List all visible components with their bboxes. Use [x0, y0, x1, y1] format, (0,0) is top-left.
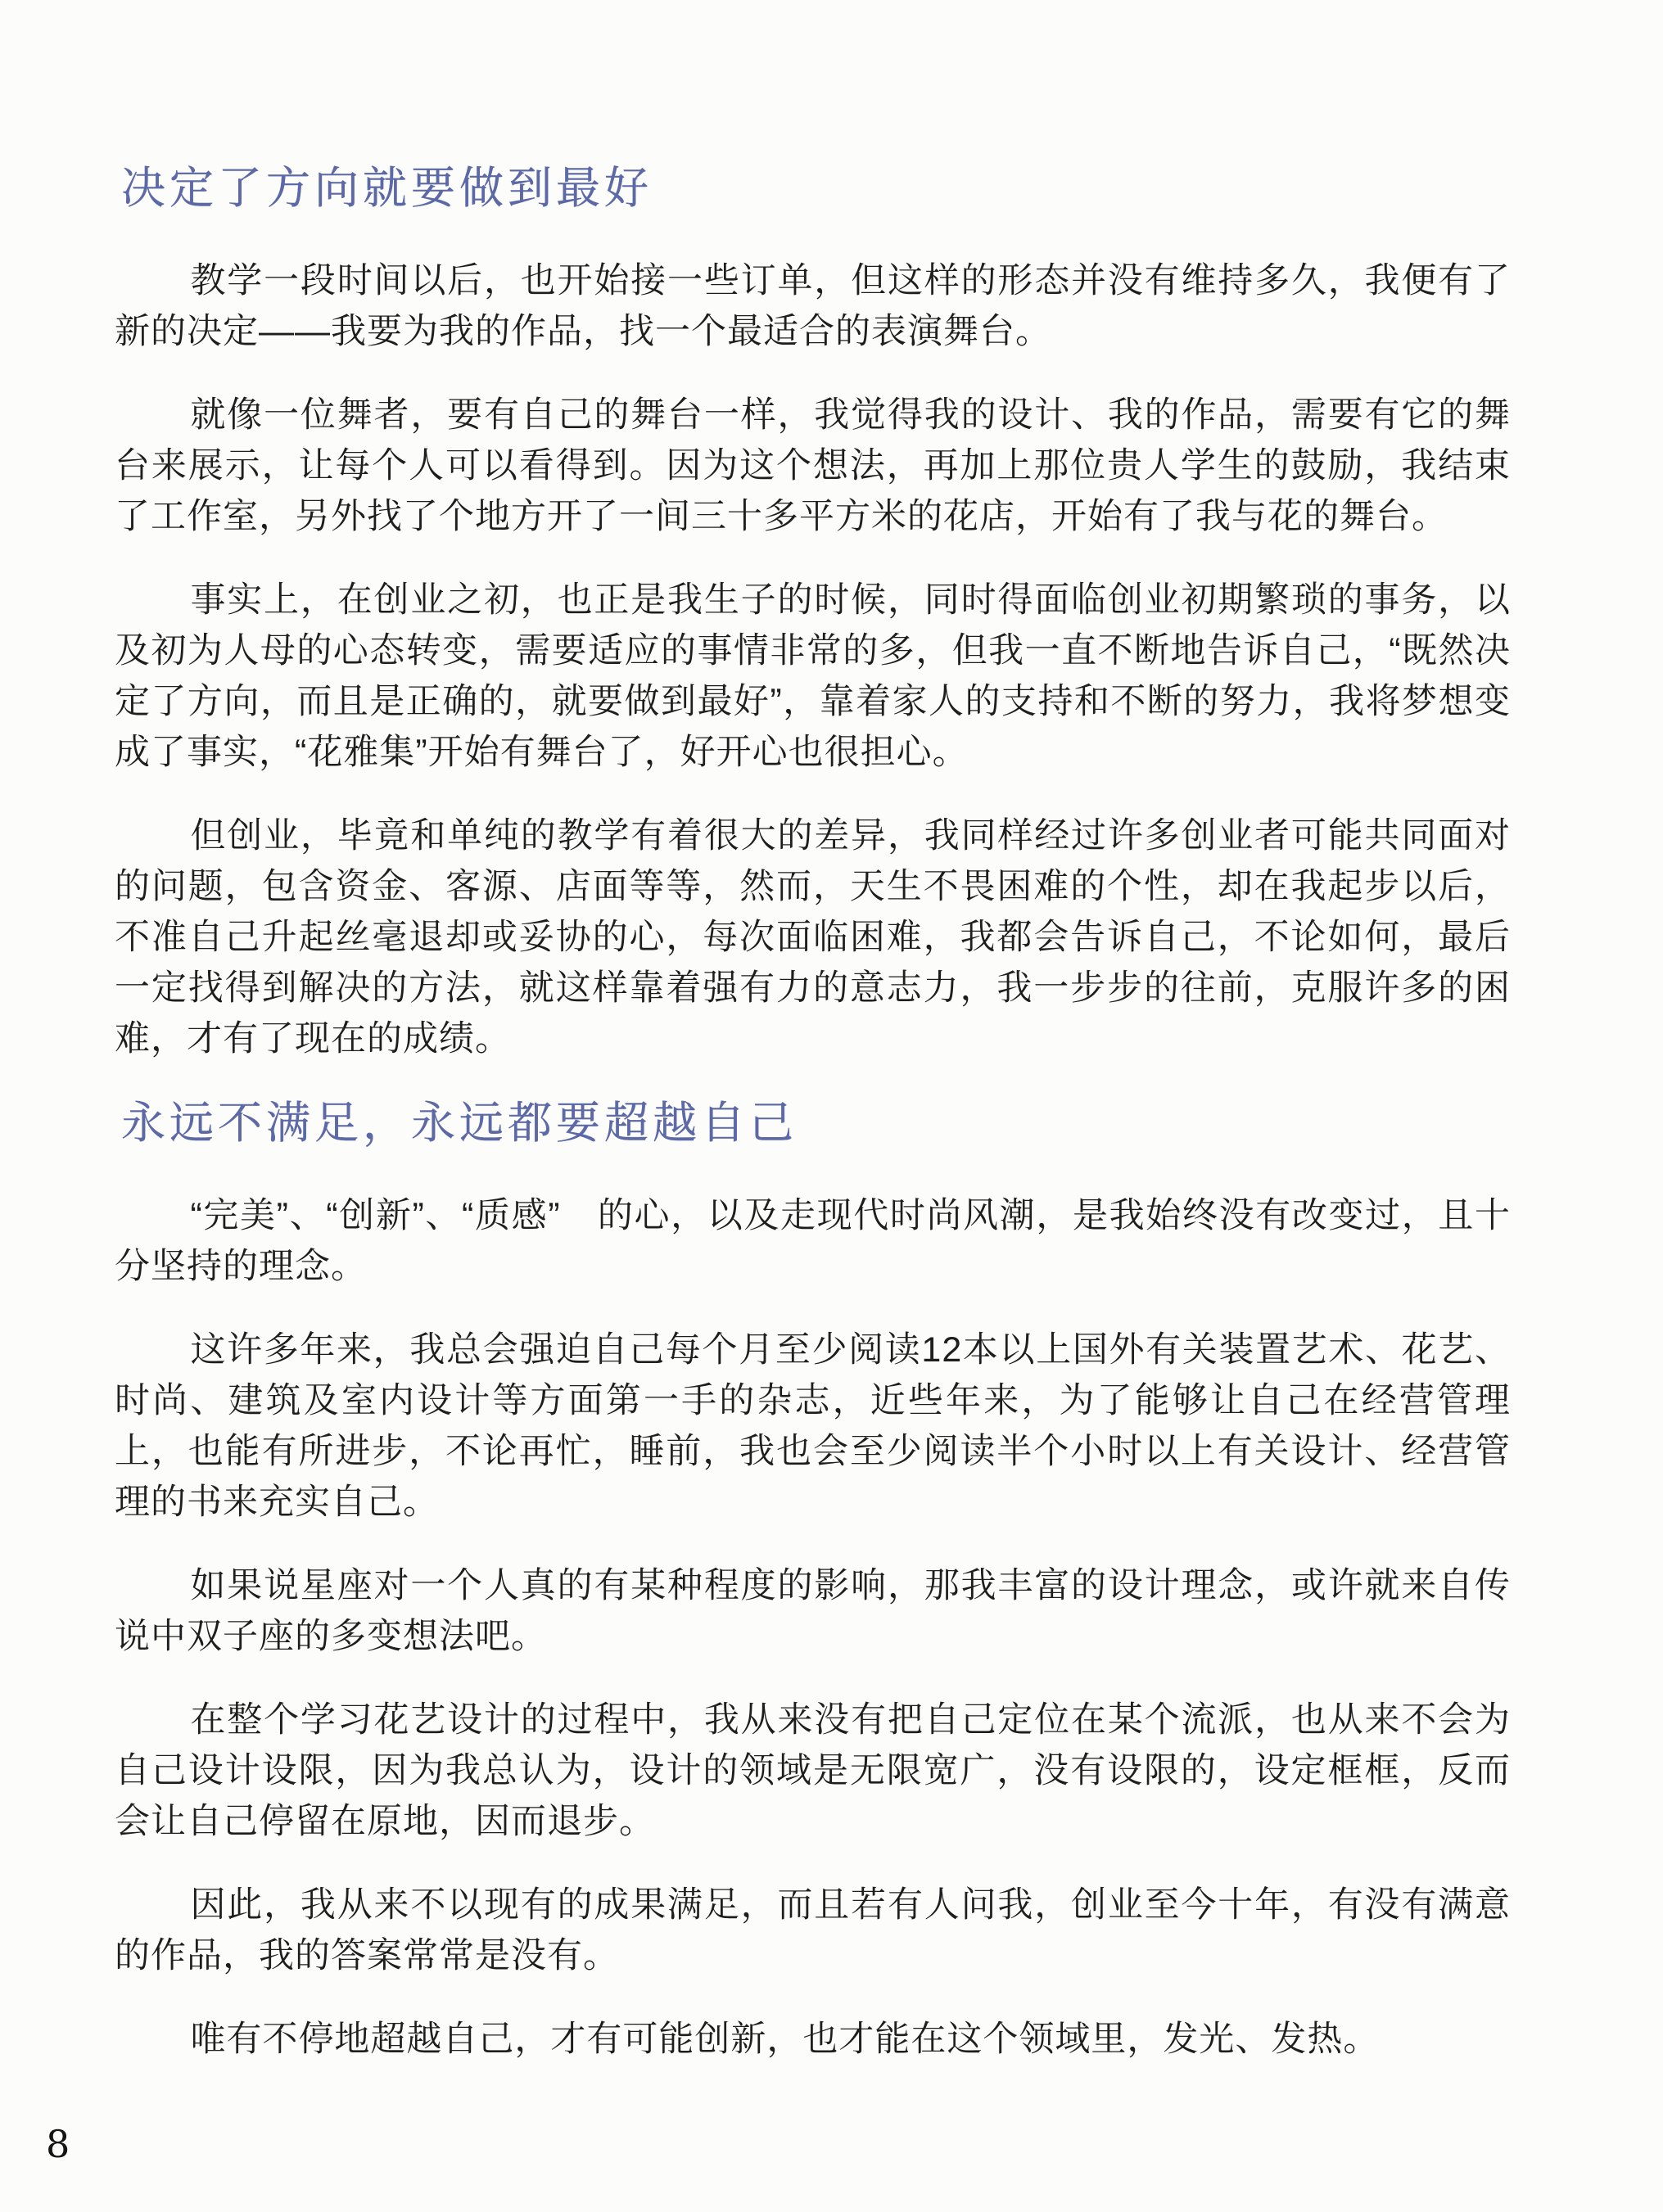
body-paragraph: 在整个学习花艺设计的过程中，我从来没有把自己定位在某个流派，也从来不会为自己设计… — [115, 1695, 1511, 1847]
body-paragraph: “完美”、“创新”、“质感” 的心，以及走现代时尚风潮，是我始终没有改变过，且十… — [115, 1190, 1511, 1292]
body-paragraph: 但创业，毕竟和单纯的教学有着很大的差异，我同样经过许多创业者可能共同面对的问题，… — [115, 810, 1511, 1064]
page-content: 决定了方向就要做到最好 教学一段时间以后，也开始接一些订单，但这样的形态并没有维… — [0, 0, 1663, 2065]
section-heading: 永远不满足，永远都要超越自己 — [121, 1097, 1511, 1149]
section-heading: 决定了方向就要做到最好 — [121, 162, 1511, 214]
body-paragraph: 唯有不停地超越自己，才有可能创新，也才能在这个领域里，发光、发热。 — [115, 2014, 1511, 2065]
section-direction: 决定了方向就要做到最好 教学一段时间以后，也开始接一些订单，但这样的形态并没有维… — [115, 162, 1511, 1064]
body-paragraph: 就像一位舞者，要有自己的舞台一样，我觉得我的设计、我的作品，需要有它的舞台来展示… — [115, 390, 1511, 542]
scanned-book-page: { "page": { "number": "8", "background":… — [0, 0, 1663, 2212]
page-number: 8 — [46, 2122, 70, 2166]
section-never-satisfied: 永远不满足，永远都要超越自己 “完美”、“创新”、“质感” 的心，以及走现代时尚… — [115, 1097, 1511, 2065]
body-paragraph: 如果说星座对一个人真的有某种程度的影响，那我丰富的设计理念，或许就来自传说中双子… — [115, 1560, 1511, 1662]
body-paragraph: 这许多年来，我总会强迫自己每个月至少阅读12本以上国外有关装置艺术、花艺、时尚、… — [115, 1325, 1511, 1528]
body-paragraph: 因此，我从来不以现有的成果满足，而且若有人问我，创业至今十年，有没有满意的作品，… — [115, 1880, 1511, 1981]
body-paragraph: 教学一段时间以后，也开始接一些订单，但这样的形态并没有维持多久，我便有了新的决定… — [115, 255, 1511, 357]
body-paragraph: 事实上，在创业之初，也正是我生子的时候，同时得面临创业初期繁琐的事务，以及初为人… — [115, 575, 1511, 778]
